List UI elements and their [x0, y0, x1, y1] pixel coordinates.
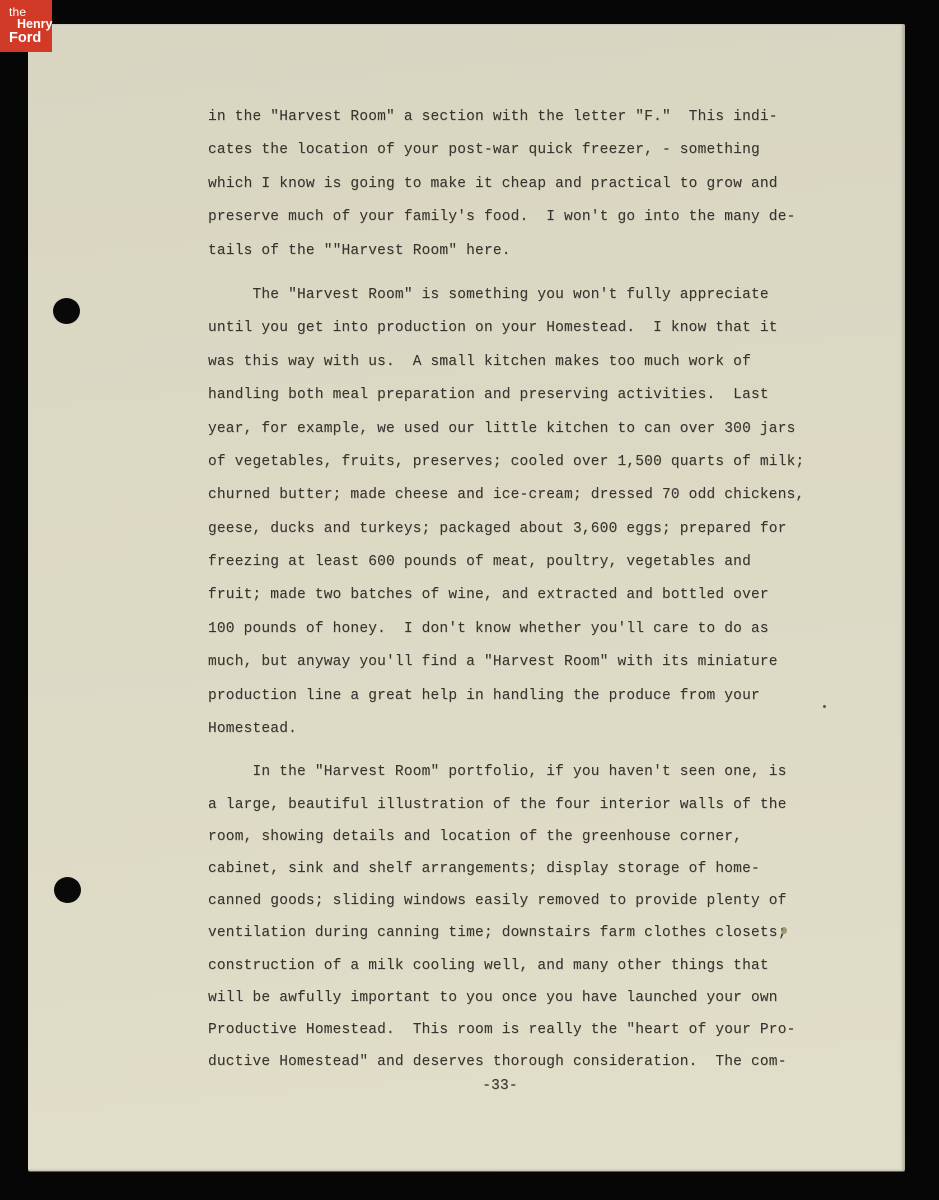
logo-word-ford: Ford	[9, 30, 41, 46]
page-number: -33-	[464, 1078, 536, 1094]
paragraph: in the "Harvest Room" a section with the…	[208, 101, 808, 268]
text-line: churned butter; made cheese and ice-crea…	[208, 479, 808, 512]
text-line: was this way with us. A small kitchen ma…	[208, 346, 808, 379]
text-line: freezing at least 600 pounds of meat, po…	[208, 546, 808, 579]
text-line: cabinet, sink and shelf arrangements; di…	[208, 853, 808, 885]
document-page: in the "Harvest Room" a section with the…	[28, 24, 905, 1171]
text-line: In the "Harvest Room" portfolio, if you …	[208, 756, 808, 788]
text-line: Homestead.	[208, 713, 808, 746]
text-line: 100 pounds of honey. I don't know whethe…	[208, 613, 808, 646]
text-line: preserve much of your family's food. I w…	[208, 201, 808, 234]
text-line: much, but anyway you'll find a "Harvest …	[208, 646, 808, 679]
paragraph: The "Harvest Room" is something you won'…	[208, 279, 808, 746]
logo-word-henry: Henry	[17, 17, 52, 31]
punch-hole-bottom	[54, 877, 81, 903]
text-line: which I know is going to make it cheap a…	[208, 168, 808, 201]
text-line: until you get into production on your Ho…	[208, 312, 808, 345]
text-line: year, for example, we used our little ki…	[208, 413, 808, 446]
paper-speck	[823, 705, 826, 708]
text-line: production line a great help in handling…	[208, 680, 808, 713]
henry-ford-logo: the Henry Ford	[0, 0, 52, 52]
text-line: fruit; made two batches of wine, and ext…	[208, 579, 808, 612]
text-line: of vegetables, fruits, preserves; cooled…	[208, 446, 808, 479]
typewritten-text: in the "Harvest Room" a section with the…	[208, 101, 808, 1078]
text-line: construction of a milk cooling well, and…	[208, 950, 808, 982]
text-line: geese, ducks and turkeys; packaged about…	[208, 513, 808, 546]
punch-hole-top	[53, 298, 80, 324]
text-line: room, showing details and location of th…	[208, 821, 808, 853]
text-line: ductive Homestead" and deserves thorough…	[208, 1046, 808, 1078]
paragraph: In the "Harvest Room" portfolio, if you …	[208, 756, 808, 1078]
text-line: The "Harvest Room" is something you won'…	[208, 279, 808, 312]
text-line: in the "Harvest Room" a section with the…	[208, 101, 808, 134]
text-line: a large, beautiful illustration of the f…	[208, 789, 808, 821]
text-line: cates the location of your post-war quic…	[208, 134, 808, 167]
text-line: handling both meal preparation and prese…	[208, 379, 808, 412]
text-line: Productive Homestead. This room is reall…	[208, 1014, 808, 1046]
text-line: tails of the ""Harvest Room" here.	[208, 235, 808, 268]
text-line: will be awfully important to you once yo…	[208, 982, 808, 1014]
text-line: canned goods; sliding windows easily rem…	[208, 885, 808, 917]
paper-speck	[781, 927, 787, 934]
scan-background: in the "Harvest Room" a section with the…	[0, 0, 939, 1200]
text-line: ventilation during canning time; downsta…	[208, 917, 808, 949]
